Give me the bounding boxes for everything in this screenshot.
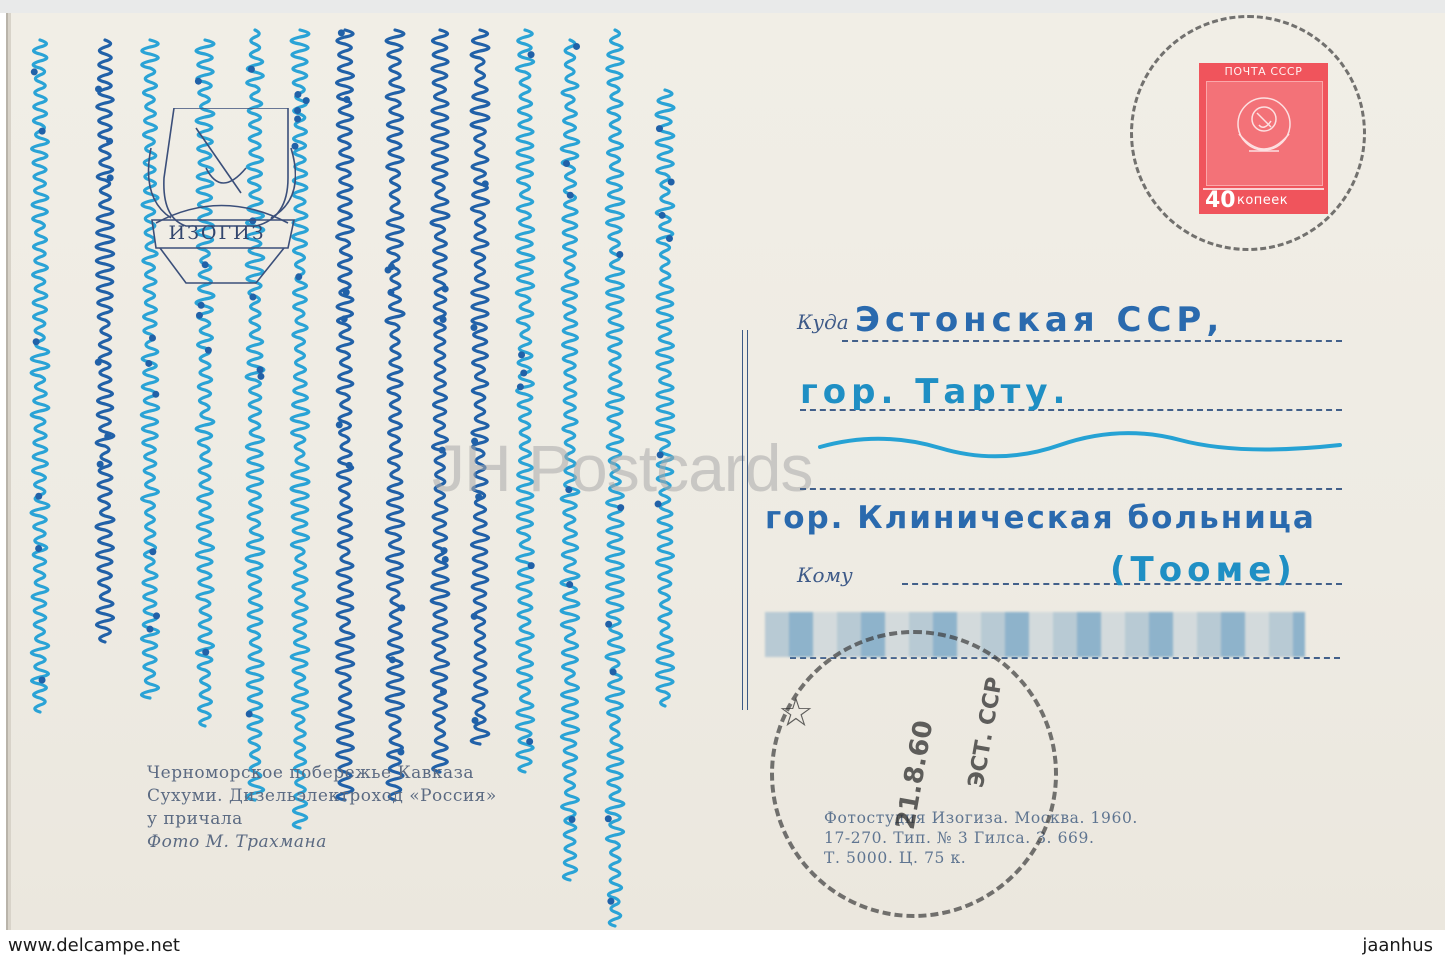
caption-line-3: у причала <box>147 808 497 831</box>
address-line-1 <box>842 340 1342 342</box>
caption-line-2: Сухуми. Дизельэлектроход «Россия» <box>147 785 497 808</box>
caption-line-1: Черноморское побережье Кавказа <box>147 762 497 785</box>
address-handwritten-3: гор. Клиническая больница <box>765 500 1316 536</box>
stamp-denomination: 40 копеек <box>1203 188 1324 212</box>
address-line-3 <box>800 488 1342 490</box>
postage-stamp: ПОЧТА СССР 40 копеек <box>1199 63 1328 214</box>
address-handwritten-2: гор. Тарту. <box>800 372 1070 412</box>
card-edge <box>8 13 11 930</box>
to-where-label: Куда <box>797 310 849 334</box>
stamp-currency: копеек <box>1237 193 1288 208</box>
delcampe-watermark: www.delcampe.net <box>8 935 180 956</box>
scan-top-margin <box>0 0 1445 13</box>
izogiz-logo-label: ИЗОГИЗ <box>158 220 276 246</box>
to-whom-label: Кому <box>797 563 853 587</box>
address-handwritten-1: Эстонская ССР, <box>855 300 1224 340</box>
address-divider <box>742 330 748 710</box>
ussr-emblem-icon <box>1229 89 1299 169</box>
scan-bottom-margin <box>0 930 1445 963</box>
caption-photographer: Фото М. Трахмана <box>147 831 497 854</box>
jh-postcards-watermark: JH Postcards <box>432 430 812 506</box>
jaanhus-watermark: jaanhus <box>1362 935 1433 956</box>
stamp-value: 40 <box>1205 188 1236 213</box>
izogiz-logo-icon <box>146 108 296 298</box>
stamp-country: ПОЧТА СССР <box>1199 65 1328 78</box>
postmark-star-icon: ☆ <box>778 690 814 736</box>
photo-caption: Черноморское побережье Кавказа Сухуми. Д… <box>147 762 497 854</box>
address-handwritten-4: (Тооме) <box>1110 550 1297 590</box>
